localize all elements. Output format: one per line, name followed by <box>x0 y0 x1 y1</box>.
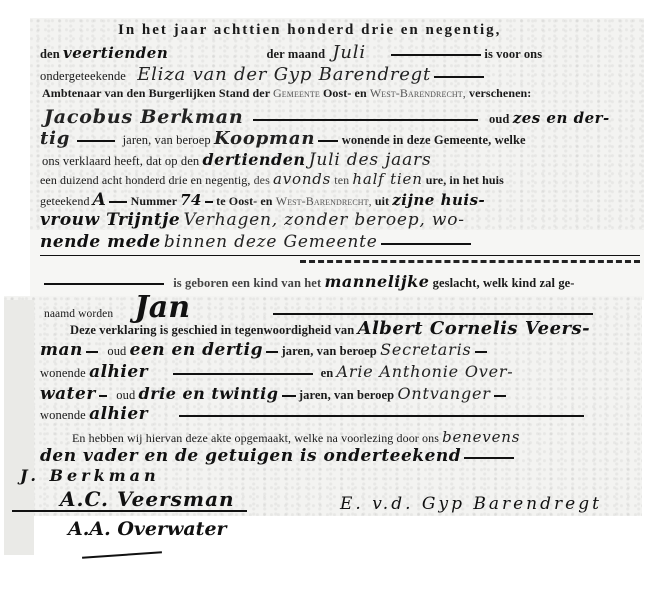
witness2-line: water oud drie en twintig jaren, van ber… <box>40 384 506 404</box>
printed-text: En hebben wij hiervan deze akte opgemaak… <box>72 431 439 445</box>
handwritten-house-letter: A <box>93 190 107 210</box>
handwritten-witness1-age: een en dertig <box>130 340 263 360</box>
birthtime-line: een duizend acht honderd drie en negenti… <box>40 170 504 188</box>
date-line: den veertienden der maand Juli is voor o… <box>40 42 542 63</box>
printed-text: wonende in deze Gemeente, welke <box>342 133 526 147</box>
handwritten-age: tig <box>40 128 70 149</box>
fill-rule <box>99 395 107 397</box>
printed-text: oud <box>489 112 509 126</box>
occupation-line: tig jaren, van beroep Koopman wonende in… <box>40 128 526 149</box>
handwritten-witness2-name: Arie Anthonie Over- <box>337 362 514 381</box>
mother-residence-line: nende mede binnen deze Gemeente <box>40 232 471 252</box>
declarant-line: Jacobus Berkman oud zes en der- <box>44 106 610 128</box>
handwritten-text: nende mede <box>40 232 161 252</box>
printed-text: ons verklaard heeft, dat op den <box>42 154 199 168</box>
printed-text: West-Barendrecht, <box>276 194 372 208</box>
separator-dashed-rule <box>300 260 640 263</box>
printed-text: Nummer <box>131 194 177 208</box>
signature-underline <box>12 510 247 512</box>
printed-text: uit <box>375 194 389 208</box>
handwritten-birth-month: Juli des jaars <box>309 150 432 170</box>
printed-text: jaren, van beroep <box>123 133 211 147</box>
fill-rule <box>109 201 127 203</box>
printed-text: jaren, van beroep <box>281 344 376 358</box>
handwritten-witness2-age: drie en twintig <box>139 384 279 403</box>
fill-rule <box>77 140 115 142</box>
fill-rule <box>318 140 338 142</box>
fill-rule <box>282 395 296 397</box>
printed-text: ten <box>334 173 349 187</box>
printed-text: wonende <box>40 366 86 380</box>
heading-line: In het jaar achttien honderd drie en neg… <box>118 22 501 39</box>
handwritten-time: avonds <box>273 170 331 188</box>
handwritten-birth-day: dertienden <box>202 150 305 169</box>
fill-rule <box>266 351 278 353</box>
printed-heading: In het jaar achttien honderd drie en neg… <box>118 22 501 38</box>
printed-text: geteekend <box>40 194 90 208</box>
handwritten-sex: mannelijke <box>324 272 429 291</box>
handwritten-text: man <box>40 340 83 360</box>
fill-rule <box>381 243 471 245</box>
fill-rule <box>173 373 313 375</box>
printed-text: den <box>40 47 60 61</box>
handwritten-house-number: 74 <box>180 191 202 209</box>
fill-rule <box>391 54 481 56</box>
signature-witness2: A.A. Overwater <box>68 518 227 540</box>
fill-rule <box>494 395 506 397</box>
printed-text: der maand <box>266 47 325 61</box>
handwritten-day: veertienden <box>63 44 168 62</box>
printed-text: geslacht, welk kind zal ge- <box>433 276 575 290</box>
handwritten-witness1-name: Albert Cornelis Veers- <box>357 318 590 339</box>
fill-rule <box>86 351 98 353</box>
fill-rule <box>253 119 478 121</box>
printed-text: verschenen: <box>469 86 531 100</box>
witness1-line: man oud een en dertig jaren, van beroep … <box>40 340 487 360</box>
handwritten-witness2-occupation: Ontvanger <box>397 384 490 403</box>
printed-text: Deze verklaring is geschied in tegenwoor… <box>70 323 354 337</box>
printed-text: Oost- en <box>323 86 367 100</box>
registrar-line: Ambtenaar van den Burgerlijken Stand der… <box>42 86 531 101</box>
handwritten-witness1-residence: alhier <box>89 362 148 382</box>
handwritten-age: zes en der- <box>513 109 610 127</box>
printed-text: ure, in het huis <box>426 173 504 187</box>
handwritten-witness2-residence: alhier <box>89 404 148 424</box>
handwritten-text: zijne huis- <box>392 191 485 209</box>
signature-witness1: A.C. Veersman <box>60 487 235 511</box>
handwritten-occupation: Koopman <box>214 128 315 149</box>
document-margin-strip <box>4 300 34 555</box>
printed-text: Ambtenaar van den Burgerlijken Stand der <box>42 86 270 100</box>
handwritten-time: half tien <box>352 170 422 188</box>
printed-text: te Oost- en <box>216 194 272 208</box>
fill-rule <box>205 201 213 203</box>
printed-text: West-Barendrecht, <box>370 86 466 100</box>
fill-rule <box>434 76 484 78</box>
witness2-residence-line: wonende alhier <box>40 404 584 424</box>
handwritten-declarant-name: Jacobus Berkman <box>44 106 244 128</box>
printed-text: een duizend acht honderd drie en negenti… <box>40 173 250 187</box>
handwritten-month: Juli <box>332 42 366 63</box>
handwritten-text: binnen deze Gemeente <box>164 232 378 252</box>
signing-statement-line: den vader en de getuigen is onderteekend <box>40 446 514 466</box>
separator-rule <box>40 255 640 256</box>
handwritten-text: water <box>40 384 96 404</box>
signature-father: J. Berkman <box>20 466 160 485</box>
mother-line: vrouw Trijntje Verhagen, zonder beroep, … <box>40 210 465 230</box>
fill-rule <box>273 313 593 315</box>
handwritten-text: den vader en de getuigen is onderteekend <box>40 446 461 466</box>
printed-text: is geboren een kind van het <box>173 276 321 290</box>
birthdate-line: ons verklaard heeft, dat op den dertiend… <box>42 150 431 170</box>
printed-text: wonende <box>40 408 86 422</box>
handwritten-witness1-occupation: Secretaris <box>380 340 471 359</box>
handwritten-mother-name: vrouw Trijntje <box>40 210 180 230</box>
printed-text: oud <box>116 388 135 402</box>
witness-intro-line: Deze verklaring is geschied in tegenwoor… <box>70 318 590 339</box>
fill-rule <box>179 415 584 417</box>
printed-text: jaren, van beroep <box>299 388 394 402</box>
fill-rule <box>464 457 514 459</box>
handwritten-official-name: Eliza van der Gyp Barendregt <box>137 64 431 85</box>
witness2-intro-line: wonende alhier en Arie Anthonie Over- <box>40 362 514 382</box>
handwritten-mother-details: Verhagen, zonder beroep, wo- <box>183 210 464 230</box>
signature-underline <box>82 551 162 559</box>
signature-official: E. v.d. Gyp Barendregt <box>340 494 602 514</box>
handwritten-text: benevens <box>442 428 520 446</box>
printed-text: des <box>254 173 270 187</box>
address-line: geteekend A Nummer 74 te Oost- en West-B… <box>40 190 485 210</box>
printed-text: Gemeente <box>273 86 320 100</box>
fill-rule <box>44 283 164 285</box>
printed-text: ondergeteekende <box>40 69 126 83</box>
printed-text: en <box>321 366 334 380</box>
fill-rule <box>475 351 487 353</box>
printed-text: is voor ons <box>484 47 542 61</box>
printed-text: oud <box>107 344 126 358</box>
closing-line: En hebben wij hiervan deze akte opgemaak… <box>72 428 520 446</box>
sex-line: is geboren een kind van het mannelijke g… <box>44 272 575 291</box>
official-line: ondergeteekende Eliza van der Gyp Barend… <box>40 64 484 85</box>
